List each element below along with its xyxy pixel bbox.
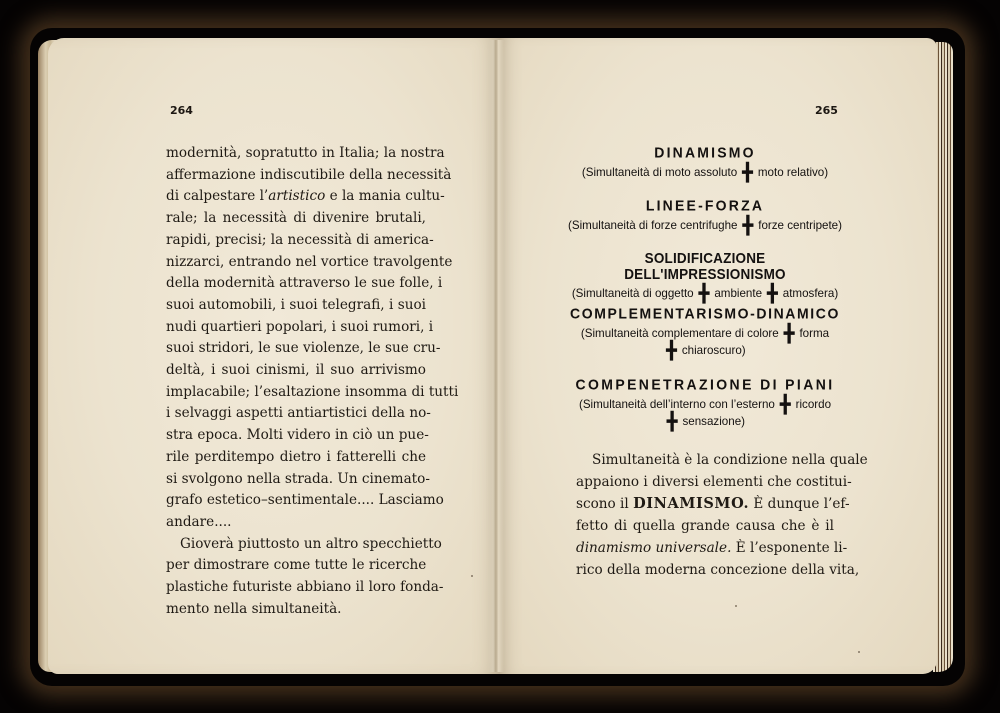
italic-word: artistico — [268, 188, 325, 204]
page-number-right: 265 — [815, 104, 838, 117]
section-title: COMPLEMENTARISMO-DINAMICO — [566, 304, 844, 321]
section-complementarismo: COMPLEMENTARISMO-DINAMICO (Simultaneità … — [566, 305, 844, 359]
text-line: rile perditempo dietro i fatterelli che — [166, 447, 426, 469]
subtitle-part: atmosfera) — [783, 287, 838, 300]
plus-icon: ╋ — [742, 168, 752, 178]
subtitle-part: (Simultaneità di oggetto — [572, 287, 694, 300]
text-line: rico della moderna concezione della vita… — [576, 560, 834, 582]
bold-word: DINAMISMO. — [633, 495, 749, 512]
text-line: della modernità attraverso le sue folle,… — [166, 273, 426, 295]
section-subtitle: (Simultaneità di moto assoluto ╋ moto re… — [566, 164, 844, 181]
left-page-text: modernità, sopratutto in Italia; la nost… — [166, 143, 426, 620]
text-line: grafo estetico–sentimentale.... Lasciamo — [166, 490, 426, 512]
text-line: rale; la necessità di divenire brutali, — [166, 208, 426, 230]
plus-icon: ╋ — [666, 346, 676, 356]
section-compenetrazione: COMPENETRAZIONE DI PIANI (Simultaneità d… — [566, 376, 844, 430]
subtitle-part: forze centripete) — [758, 219, 842, 232]
text-run: di calpestare l’ — [166, 188, 268, 204]
section-subtitle: (Simultaneità di oggetto ╋ ambiente ╋ at… — [566, 285, 844, 302]
right-page-paragraph: Simultaneità è la condizione nella quale… — [576, 450, 834, 581]
section-solidificazione: SOLIDIFICAZIONE DELL'IMPRESSIONISMO (Sim… — [566, 251, 844, 302]
section-title: COMPENETRAZIONE DI PIANI — [566, 375, 844, 392]
page-number-left: 264 — [170, 104, 193, 117]
subtitle-part: sensazione) — [682, 415, 745, 428]
text-line: fetto di quella grande causa che è il — [576, 516, 834, 538]
paper-speck — [735, 605, 737, 607]
text-line: nizzarci, entrando nel vortice travolgen… — [166, 252, 426, 274]
text-line: Gioverà piuttosto un altro specchietto — [166, 534, 426, 556]
text-line: andare.... — [166, 512, 426, 534]
subtitle-part: (Simultaneità di forze centrifughe — [568, 219, 738, 232]
section-subtitle: (Simultaneità complementare di colore ╋ … — [566, 325, 844, 359]
text-line: Simultaneità è la condizione nella quale — [576, 450, 834, 472]
text-line: suoi stridori, le sue violenze, le sue c… — [166, 338, 426, 360]
text-line: dinamismo universale. È l’esponente li- — [576, 538, 834, 560]
section-title: DINAMISMO — [566, 143, 844, 160]
section-subtitle: (Simultaneità dell’interno con l’esterno… — [566, 396, 844, 430]
plus-icon: ╋ — [767, 289, 777, 299]
subtitle-part: (Simultaneità dell’interno con l’esterno — [579, 398, 775, 411]
italic-phrase: dinamismo universale. — [576, 540, 731, 556]
text-line: deltà, i suoi cinismi, il suo arrivismo — [166, 360, 426, 382]
text-line: di calpestare l’artistico e la mania cul… — [166, 186, 426, 208]
text-line: appaiono i diversi elementi che costitui… — [576, 472, 834, 494]
plus-icon: ╋ — [667, 417, 677, 427]
text-line: scono il DINAMISMO. È dunque l’ef- — [576, 493, 834, 516]
subtitle-part: moto relativo) — [758, 166, 828, 179]
text-run: È l’esponente li- — [731, 540, 847, 556]
text-line: per dimostrare come tutte le ricerche — [166, 555, 426, 577]
text-line: i selvaggi aspetti antiartistici della n… — [166, 403, 426, 425]
paper-speck — [471, 575, 473, 577]
text-run: È dunque l’ef- — [749, 496, 849, 512]
text-line: si svolgono nella strada. Un cinemato- — [166, 469, 426, 491]
subtitle-part: (Simultaneità complementare di colore — [581, 327, 779, 340]
subtitle-part: ricordo — [796, 398, 831, 411]
section-subtitle: (Simultaneità di forze centrifughe ╋ for… — [566, 217, 844, 234]
text-line: modernità, sopratutto in Italia; la nost… — [166, 143, 426, 165]
text-line: mento nella simultaneità. — [166, 599, 426, 621]
text-line: stra epoca. Molti videro in ciò un pue- — [166, 425, 426, 447]
subtitle-part: ambiente — [714, 287, 762, 300]
text-line: implacabile; l’esaltazione insomma di tu… — [166, 382, 426, 404]
section-dinamismo: DINAMISMO (Simultaneità di moto assoluto… — [566, 144, 844, 181]
subtitle-part: forma — [799, 327, 829, 340]
text-line: affermazione indiscutibile della necessi… — [166, 165, 426, 187]
plus-icon: ╋ — [780, 400, 790, 410]
subtitle-part: chiaroscuro) — [682, 344, 746, 357]
book-gutter — [486, 40, 504, 672]
paper-speck — [858, 651, 860, 653]
section-title: SOLIDIFICAZIONE DELL'IMPRESSIONISMO — [566, 250, 844, 282]
subtitle-part: (Simultaneità di moto assoluto — [582, 166, 737, 179]
text-line: suoi automobili, i suoi telegrafi, i suo… — [166, 295, 426, 317]
text-run: e la mania cultu- — [325, 188, 445, 204]
text-run: scono il — [576, 496, 633, 512]
plus-icon: ╋ — [699, 289, 709, 299]
plus-icon: ╋ — [743, 221, 753, 231]
plus-icon: ╋ — [784, 329, 794, 339]
text-line: nudi quartieri popolari, i suoi rumori, … — [166, 317, 426, 339]
text-line: rapidi, precisi; la necessità di america… — [166, 230, 426, 252]
section-title: LINEE-FORZA — [566, 196, 844, 213]
section-linee-forza: LINEE-FORZA (Simultaneità di forze centr… — [566, 197, 844, 234]
text-line: plastiche futuriste abbiano il loro fond… — [166, 577, 426, 599]
